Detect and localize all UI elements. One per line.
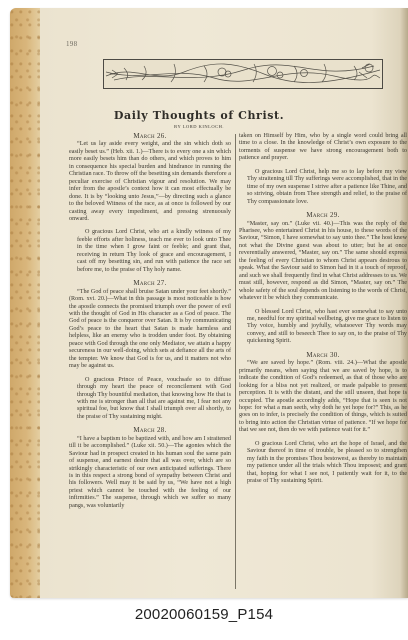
- entry-date: March 26.: [69, 133, 231, 140]
- left-column: March 26. “Let us lay aside every weight…: [69, 133, 231, 510]
- entry-body: “We are saved by hope.” (Rom. viii. 24.)…: [239, 360, 407, 435]
- entry-body: “Master, say on.” (Luke vii. 40.)—This w…: [239, 221, 407, 303]
- entry-continuation: taken on Himself by Him, who by a single…: [239, 133, 407, 163]
- entry-prayer: O gracious Lord Christ, help me so to la…: [247, 169, 407, 206]
- entry-date: March 27.: [69, 280, 231, 287]
- entry-date: March 28.: [69, 427, 231, 434]
- entry-date: March 30.: [239, 352, 407, 359]
- entry-prayer: O blessed Lord Christ, who hast ever som…: [247, 309, 407, 346]
- page-edge-foxing: [10, 8, 40, 598]
- page-title: Daily Thoughts of Christ.: [0, 109, 398, 122]
- column-divider: [235, 134, 236, 589]
- page-number: 198: [66, 40, 77, 48]
- entry-date: March 29.: [239, 212, 407, 219]
- right-column: taken on Himself by Him, who by a single…: [239, 133, 407, 491]
- entry-prayer: O gracious Prince of Peace, vouchsafe so…: [77, 377, 231, 422]
- floral-banner-illustration: [103, 59, 383, 89]
- entry-body: “The God of peace shall bruise Satan und…: [69, 289, 231, 371]
- entry-body: “I have a baptism to be baptized with, a…: [69, 436, 231, 511]
- entry-prayer: O gracious Lord Christ, who art a kindly…: [77, 229, 231, 274]
- entry-prayer: O gracious Lord Christ, who art the hope…: [247, 441, 407, 486]
- entry-body: “Let us lay aside every weight, and the …: [69, 141, 231, 223]
- floral-vine-icon: [104, 60, 382, 88]
- byline: BY LORD KINLOCH.: [0, 124, 398, 129]
- image-caption: 20020060159_P154: [0, 606, 408, 623]
